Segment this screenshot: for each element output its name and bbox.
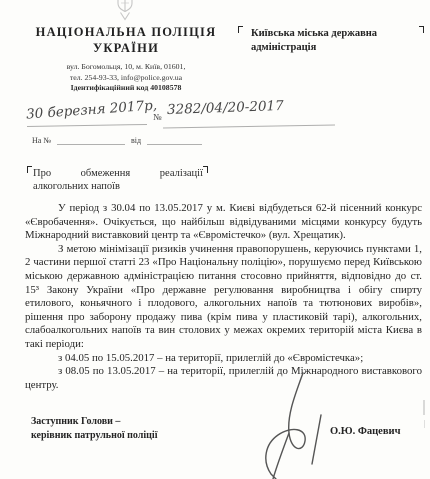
recipient-line1: Київська міська державна [251,27,419,41]
number-underline [163,124,335,128]
date-underline [27,124,147,127]
recipient-block: Київська міська державна адміністрація [251,27,419,55]
org-address-line2: тел. 254-93-33, info@police.gov.ua [20,73,232,84]
org-id-code: Ідентифікаційний код 40108578 [20,83,232,94]
reply-number-blank-line [57,136,125,145]
number-sign-label: № [153,112,162,122]
reply-date-blank-line [147,136,202,145]
reply-to-label: На № [32,136,51,145]
letterhead-org-block: НАЦІОНАЛЬНА ПОЛІЦІЯ УКРАЇНИ вул. Богомол… [20,24,232,94]
reply-from-label: від [131,136,141,145]
signatory-name: О.Ю. Фацевич [330,426,401,437]
signatory-position-line2: керівник патрульної поліції [31,429,157,443]
subject-line: Про обмеження реалізації алкогольних нап… [33,167,203,193]
reply-reference-row: На № від [32,136,202,145]
org-address: вул. Богомольця, 10, м. Київ, 01601, тел… [20,62,232,94]
handwritten-outgoing-number: 3282/04/20-2017 [167,98,284,118]
body-paragraph-1: У період з 30.04 по 13.05.2017 у м. Києв… [25,202,422,243]
handwritten-signature [247,371,339,479]
scan-edge-artifact [423,400,425,415]
subject-corner-mark-right [203,166,208,173]
letter-body: У період з 30.04 по 13.05.2017 у м. Києв… [25,202,422,392]
body-paragraph-2: З метою мінімізації ризиків учинення пра… [25,243,422,352]
signatory-position-line1: Заступник Голови – [31,415,157,429]
scan-edge-artifact-2 [424,420,425,428]
body-period-item-1: з 04.05 по 15.05.2017 – на території, пр… [25,352,422,366]
signatory-position: Заступник Голови – керівник патрульної п… [31,415,157,443]
org-address-line1: вул. Богомольця, 10, м. Київ, 01601, [20,62,232,73]
org-name-line1: НАЦІОНАЛЬНА ПОЛІЦІЯ [20,24,232,40]
org-name-line2: УКРАЇНИ [20,40,232,56]
recipient-corner-mark-right [419,26,424,33]
handwritten-date: 30 березня 2017р, [26,97,158,122]
recipient-line2: адміністрація [251,41,419,55]
subject-corner-mark-left [27,166,32,173]
body-period-item-2: з 08.05 по 13.05.2017 – на території, пр… [25,365,422,392]
ukraine-trident-emblem-icon [110,0,140,21]
scanned-letter-page: НАЦІОНАЛЬНА ПОЛІЦІЯ УКРАЇНИ вул. Богомол… [0,0,430,479]
recipient-corner-mark-left [238,26,243,33]
